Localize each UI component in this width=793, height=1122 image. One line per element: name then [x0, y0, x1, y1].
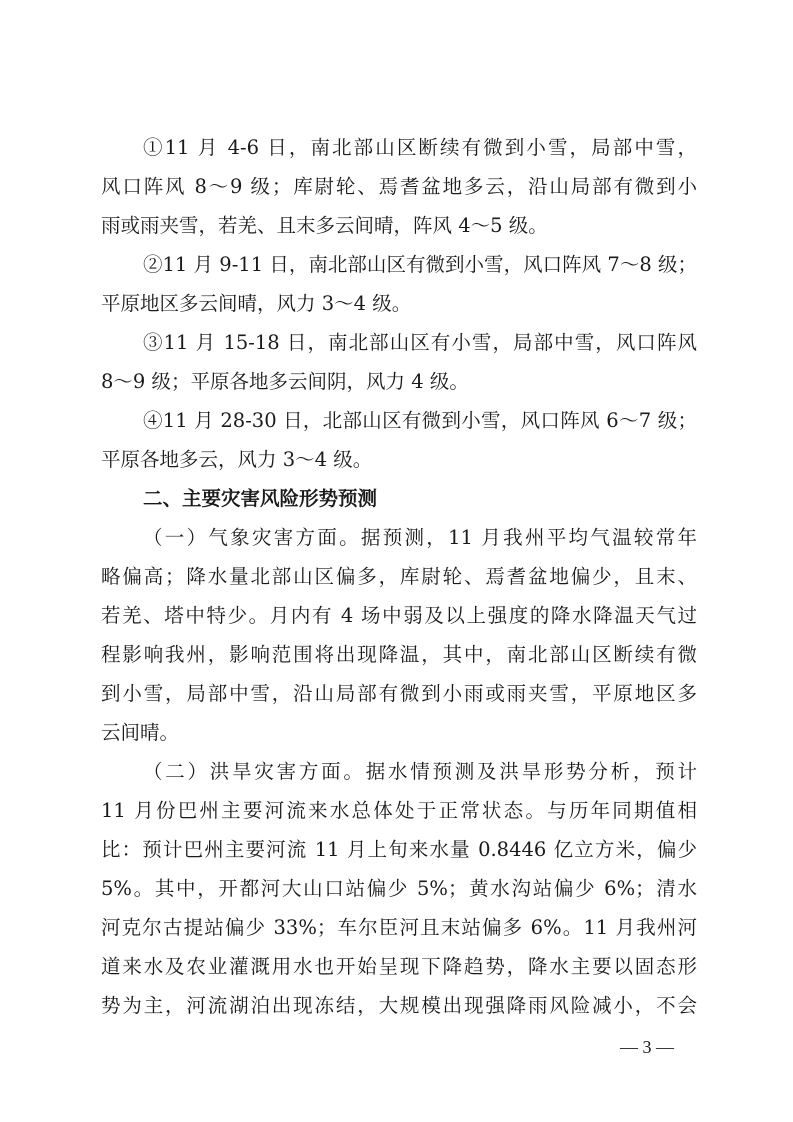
text-line: 比：预计巴州主要河流 11 月上旬来水量 0.8446 亿立方米，偏少 [101, 835, 697, 865]
text-line: 雨或雨夹雪，若羌、且末多云间晴，阵风 4～5 级。 [101, 211, 697, 241]
text-line: 略偏高；降水量北部山区偏多，库尉轮、焉耆盆地偏少，且末、 [101, 562, 697, 592]
text-line: ③11 月 15-18 日，南北部山区有小雪，局部中雪，风口阵风 [143, 328, 697, 358]
section-heading: 二、主要灾害风险形势预测 [143, 484, 697, 514]
document-page: ①11 月 4-6 日，南北部山区断续有微到小雪，局部中雪，风口阵风 8～9 级… [0, 0, 793, 1122]
text-line: 云间晴。 [101, 718, 697, 748]
text-line: 11 月份巴州主要河流来水总体处于正常状态。与历年同期值相 [101, 796, 697, 826]
text-line: ②11 月 9-11 日，南北部山区有微到小雪，风口阵风 7～8 级； [143, 250, 697, 280]
text-line: 势为主，河流湖泊出现冻结，大规模出现强降雨风险减小，不会 [101, 991, 697, 1021]
text-line: 河克尔古提站偏少 33%；车尔臣河且末站偏多 6%。11 月我州河 [101, 913, 697, 943]
text-line: （二）洪旱灾害方面。据水情预测及洪旱形势分析，预计 [143, 757, 697, 787]
text-line: 若羌、塔中特少。月内有 4 场中弱及以上强度的降水降温天气过 [101, 601, 697, 631]
text-line: 程影响我州，影响范围将出现降温，其中，南北部山区断续有微 [101, 640, 697, 670]
page-number: — 3 — [620, 1035, 674, 1059]
text-line: （一）气象灾害方面。据预测，11 月我州平均气温较常年 [143, 523, 697, 553]
line-text: 据水情预测及洪旱形势分析，预计 [366, 760, 697, 783]
subsection-title: （二）洪旱灾害方面。 [143, 760, 366, 783]
text-line: 到小雪，局部中雪，沿山局部有微到小雨或雨夹雪，平原地区多 [101, 679, 697, 709]
line-text: 据预测，11 月我州平均气温较常年 [361, 526, 697, 549]
text-line: 平原各地多云，风力 3～4 级。 [101, 445, 697, 475]
text-line: 道来水及农业灌溉用水也开始呈现下降趋势，降水主要以固态形 [101, 952, 697, 982]
text-line: 平原地区多云间晴，风力 3～4 级。 [101, 289, 697, 319]
text-line: 风口阵风 8～9 级；库尉轮、焉耆盆地多云，沿山局部有微到小 [101, 172, 697, 202]
subsection-title: （一）气象灾害方面。 [143, 526, 361, 549]
text-line: ④11 月 28-30 日，北部山区有微到小雪，风口阵风 6～7 级； [143, 406, 697, 436]
text-line: 8～9 级；平原各地多云间阴，风力 4 级。 [101, 367, 697, 397]
text-line: ①11 月 4-6 日，南北部山区断续有微到小雪，局部中雪， [143, 133, 697, 163]
text-line: 5%。其中，开都河大山口站偏少 5%；黄水沟站偏少 6%；清水 [101, 874, 697, 904]
